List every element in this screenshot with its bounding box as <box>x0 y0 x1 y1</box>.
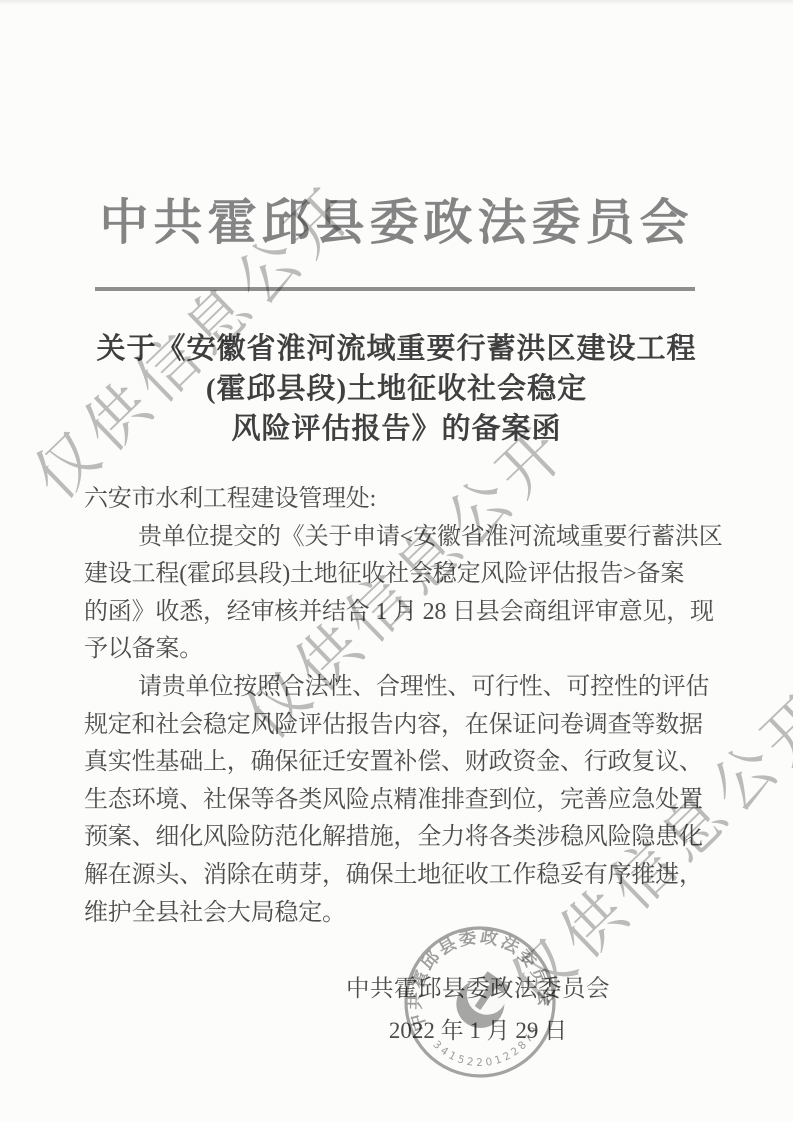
title-line-2: (霍邱县段)土地征收社会稳定 <box>0 369 793 409</box>
body-line: 贵单位提交的《关于申请<安徽省淮河流域重要行蓄洪区 <box>84 519 709 557</box>
body-line: 的函》收悉，经审核并结合 1 月 28 日县会商组评审意见，现 <box>84 594 709 632</box>
document-title: 关于《安徽省淮河流域重要行蓄洪区建设工程 (霍邱县段)土地征收社会稳定 风险评估… <box>0 329 793 449</box>
document-body: 六安市水利工程建设管理处: 贵单位提交的《关于申请<安徽省淮河流域重要行蓄洪区 … <box>84 481 709 932</box>
scan-top-edge <box>0 0 793 5</box>
body-line: 解在源头、消除在萌芽，确保土地征收工作稳妥有序推进， <box>84 857 709 895</box>
body-line: 予以备案。 <box>84 631 709 669</box>
document-page: 仅供信息公开 仅供信息公开 仅供信息公开 中共霍邱县委政法委员会 关于《安徽省淮… <box>0 0 793 1122</box>
body-line: 真实性基础上，确保征迁安置补偿、财政资金、行政复议、 <box>84 744 709 782</box>
party-emblem-icon <box>451 968 515 1032</box>
salutation: 六安市水利工程建设管理处: <box>84 481 709 519</box>
letterhead-org-name: 中共霍邱县委政法委员会 <box>0 184 793 254</box>
body-line: 规定和社会稳定风险评估报告内容，在保证问卷调查等数据 <box>84 707 709 745</box>
body-line: 预案、细化风险防范化解措施，全力将各类涉稳风险隐患化 <box>84 819 709 857</box>
body-line: 请贵单位按照合法性、合理性、可行性、可控性的评估 <box>84 669 709 707</box>
title-line-3: 风险评估报告》的备案函 <box>0 409 793 449</box>
official-seal: 中共霍邱县委政法委员会 3415220122879 <box>370 892 590 1112</box>
body-line: 生态环境、社保等各类风险点精准排查到位，完善应急处置 <box>84 782 709 820</box>
body-line: 建设工程(霍邱县段)土地征收社会稳定风险评估报告>备案 <box>84 556 709 594</box>
letterhead-divider <box>95 287 695 291</box>
title-line-1: 关于《安徽省淮河流域重要行蓄洪区建设工程 <box>0 329 793 369</box>
